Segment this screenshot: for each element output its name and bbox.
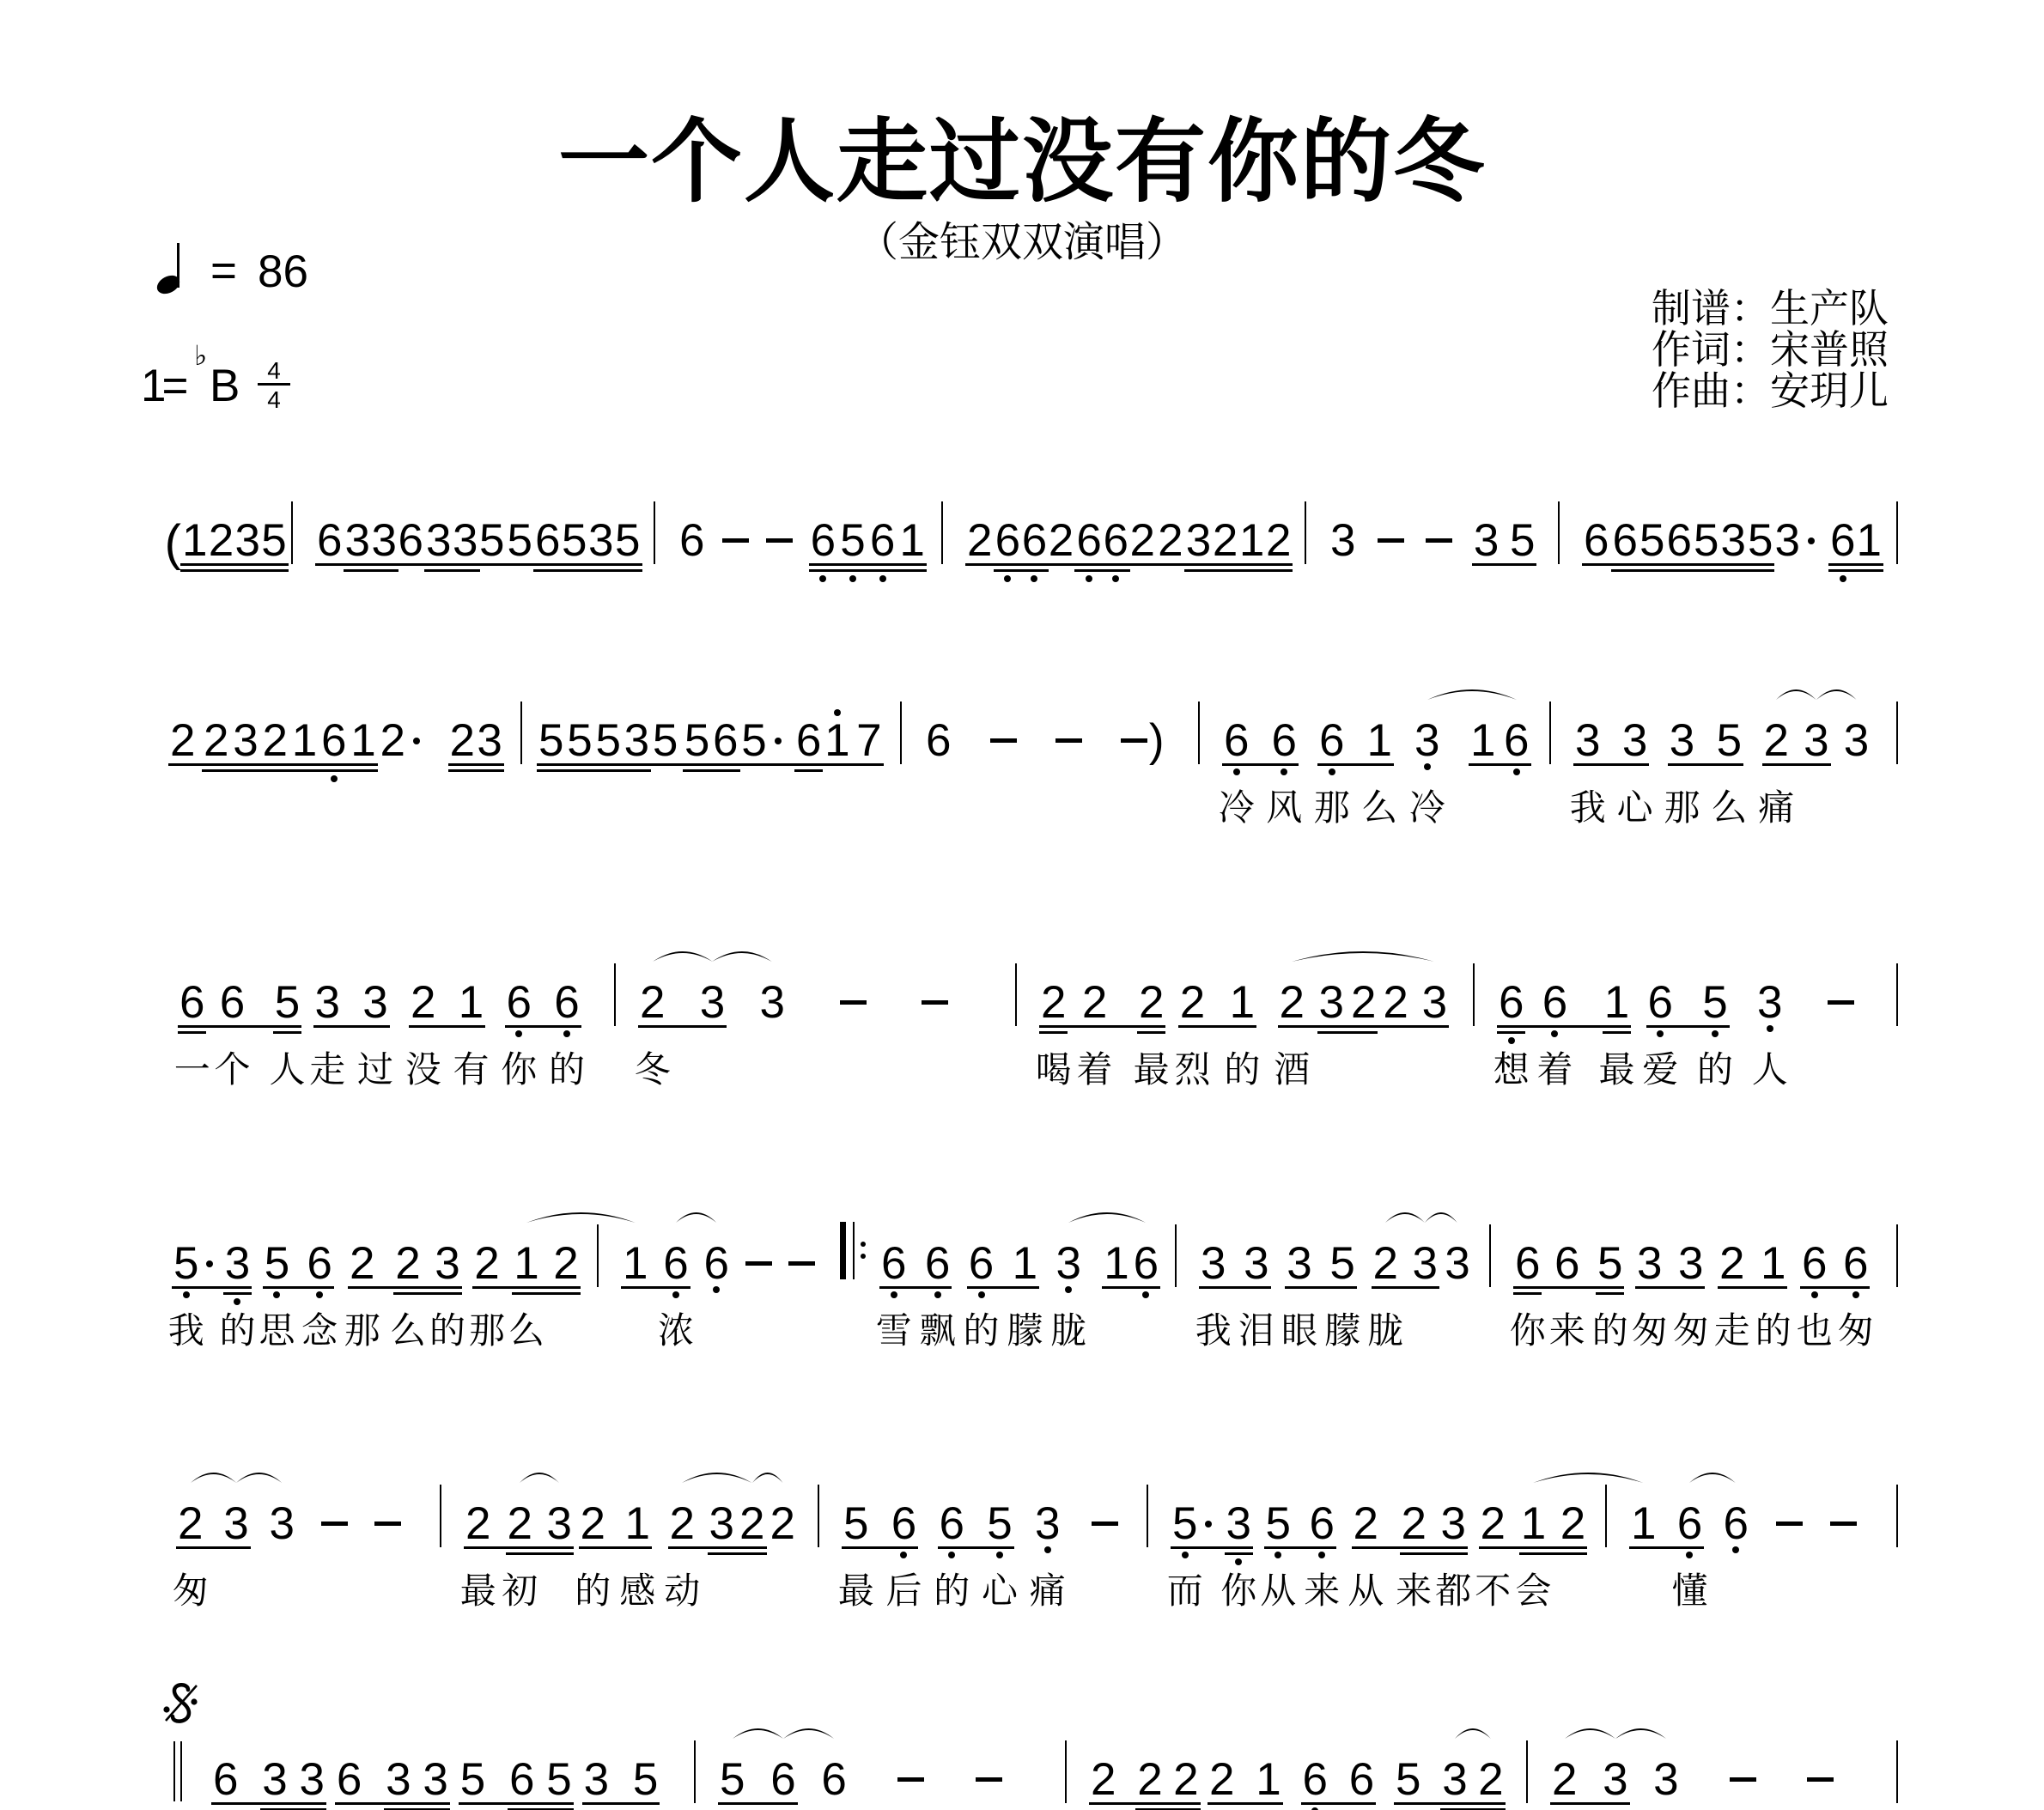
note-head: 1么	[514, 1238, 538, 1290]
note-head: 2没	[411, 977, 435, 1029]
lyric-syllable: 么	[390, 1312, 426, 1350]
dash-bar-icon	[1807, 1777, 1834, 1782]
note-head	[788, 1238, 815, 1290]
underline-beam	[661, 1286, 690, 1289]
note-head: 5	[653, 715, 678, 767]
underline-beam	[769, 1802, 797, 1805]
note-digit: 2来	[1402, 1498, 1427, 1550]
note-digit: 2	[1351, 977, 1376, 1029]
note: 5	[562, 515, 588, 567]
note: 3	[1319, 977, 1351, 1029]
beam-group: 5而3你	[1172, 1498, 1266, 1550]
note-digit: 3我	[1575, 715, 1600, 767]
note-digit: 2最	[1139, 977, 1164, 1029]
underline-beam	[1270, 763, 1299, 766]
underline-beam	[1676, 1546, 1704, 1549]
lyric-syllable: 心	[1617, 789, 1653, 827]
low-octave-dot	[996, 1552, 1003, 1558]
note: 5心	[987, 1498, 1035, 1550]
note-digit: 2	[967, 515, 992, 567]
note: 6个	[220, 977, 275, 1029]
note-digit: 2	[204, 715, 228, 767]
note-digit: 5	[538, 715, 563, 767]
note-head: 5	[538, 715, 563, 767]
underline-beam	[1692, 569, 1721, 572]
thick-barline	[840, 1222, 846, 1279]
underline-beam	[1254, 1802, 1282, 1805]
note: 2	[967, 515, 995, 567]
low-octave-dot	[934, 1291, 941, 1298]
beam-group	[1830, 1498, 1884, 1550]
note-head	[1828, 977, 1854, 1029]
note-head: 5人	[275, 977, 300, 1029]
lyric-syllable: 匆	[173, 1572, 209, 1610]
note-digit: 3那	[1670, 715, 1694, 767]
note-head: 6你	[1515, 1238, 1540, 1290]
low-octave-dot	[978, 1291, 985, 1298]
measure: 5最6后6的5心3痛	[819, 1498, 1148, 1550]
note: 6雪	[881, 1238, 925, 1290]
note: 2	[1478, 1754, 1514, 1806]
beam-group	[745, 1238, 788, 1290]
underline-beam	[1665, 569, 1694, 572]
note: 6念	[307, 1238, 350, 1290]
note-head: 2最	[1139, 977, 1164, 1029]
note-head: 3	[386, 1754, 411, 1806]
dash-bar-icon	[745, 1261, 772, 1266]
lyric-syllable: 么	[1711, 789, 1747, 827]
note-head: 1	[824, 715, 849, 767]
note-head: 1朦	[1013, 1238, 1037, 1290]
sustain-dash	[1830, 1498, 1884, 1550]
note: 5	[1694, 515, 1721, 567]
note-head: 2走	[1719, 1238, 1744, 1290]
low-octave-dot	[1086, 575, 1092, 582]
measure: 63363356535	[184, 1754, 696, 1806]
note-digit: 3	[1774, 515, 1799, 567]
note: 3	[1330, 515, 1378, 567]
slur-arc	[752, 1469, 782, 1486]
note: 5	[653, 715, 684, 767]
beam-group: 6想6着1最	[1499, 977, 1648, 1029]
lyric-syllable: 而	[1167, 1572, 1203, 1610]
note-digit: 3	[262, 1754, 287, 1806]
sustain-dash	[722, 515, 766, 567]
underline-beam	[298, 1802, 326, 1805]
note-head: 1	[1256, 1754, 1281, 1806]
note-digit: 6雪	[881, 1238, 906, 1290]
note-digit: 6的	[940, 1498, 964, 1550]
note-head	[321, 1498, 348, 1550]
note-digit: 2的	[581, 1498, 605, 1550]
note: 6	[1303, 1754, 1349, 1806]
note-head: 2不	[1481, 1498, 1506, 1550]
beam-group: 2走1的	[1719, 1238, 1802, 1290]
note: 2动	[670, 1498, 709, 1550]
underline-beam	[1039, 1031, 1068, 1034]
note: 2	[380, 715, 449, 767]
note-head: 6那	[1319, 715, 1344, 767]
note-digit: 3过	[362, 977, 387, 1029]
note-digit: 7	[856, 715, 881, 767]
low-octave-dot	[1513, 768, 1520, 775]
note-head: 2	[739, 1498, 764, 1550]
note-digit: 2	[1478, 1754, 1503, 1806]
note-head	[722, 515, 749, 567]
lyric-syllable: 没	[405, 1051, 441, 1089]
note: 2	[1049, 515, 1077, 567]
note-head: 3	[1442, 1754, 1467, 1806]
note-digit: 6	[321, 715, 346, 767]
note: 3	[1413, 1238, 1445, 1290]
note-head: 6	[926, 715, 951, 767]
beam-group: 6	[704, 1238, 746, 1290]
slur-arc	[236, 1469, 282, 1486]
note: 6	[1134, 1238, 1163, 1290]
barline	[1896, 501, 1898, 564]
beam-group	[766, 515, 810, 567]
underline-beam	[1855, 563, 1883, 566]
lyric-syllable: 的	[219, 1312, 255, 1350]
beam-group	[976, 1754, 1053, 1806]
note: 6	[770, 1754, 821, 1806]
note-head: 6风	[1272, 715, 1297, 767]
note: 3	[1844, 715, 1884, 767]
underline-beam	[1611, 569, 1640, 572]
note-head: 3	[1330, 515, 1355, 567]
note-head: 6	[1103, 515, 1128, 567]
lyric-syllable: 最	[460, 1572, 496, 1610]
note-head: 2	[1351, 977, 1376, 1029]
note: 2走	[1719, 1238, 1761, 1290]
measure: 6冷6风6那1么3冷16	[1200, 715, 1551, 767]
beam-group: 3胧	[1056, 1238, 1104, 1290]
note: 1有	[459, 977, 507, 1029]
note-head: )	[1121, 715, 1147, 767]
low-octave-dot	[1235, 1558, 1242, 1565]
note-head: 2	[1478, 1754, 1503, 1806]
beam-group: 6一6个5人	[179, 977, 315, 1029]
underline-beam	[1400, 1552, 1441, 1555]
note-digit: 2	[1560, 1498, 1585, 1550]
note-digit: 5	[1748, 515, 1773, 567]
measure: 3我3泪3眼5朦2胧33	[1177, 1238, 1491, 1290]
beam-group: 6的1朦	[969, 1238, 1056, 1290]
note-head: 5的	[1702, 977, 1727, 1029]
note-head: 3你	[1226, 1498, 1251, 1550]
low-octave-dot	[1182, 1552, 1189, 1558]
note-head: 5	[684, 715, 709, 767]
note-digit: 3匆	[1678, 1238, 1703, 1290]
note-head	[1807, 1754, 1834, 1806]
note-digit: 6爱	[1648, 977, 1673, 1029]
note: 2	[263, 715, 292, 767]
dash-bar-icon	[1055, 738, 1082, 743]
note-digit: 2	[1209, 1754, 1234, 1806]
sustain-dash	[840, 977, 922, 1029]
note: 6	[535, 515, 562, 567]
underline-beam	[305, 1286, 333, 1289]
note-digit: 5的	[1597, 1238, 1622, 1290]
note: 3	[233, 715, 262, 767]
note: 2来	[1402, 1498, 1441, 1550]
note: 2	[1552, 1754, 1603, 1806]
note-head: 3那	[1670, 715, 1694, 767]
note-digit: 1	[623, 1238, 648, 1290]
low-octave-dot	[563, 1030, 570, 1037]
beam-group: 2胧3	[1373, 1238, 1445, 1290]
note-digit: 6	[1303, 1754, 1328, 1806]
slur-arc	[526, 1209, 636, 1226]
note-digit: 6那	[1319, 715, 1344, 767]
underline-beam	[451, 569, 479, 572]
low-octave-dot	[713, 1286, 720, 1293]
beam-group: 2不1会2	[1481, 1498, 1594, 1550]
beam-group: 3痛	[1035, 1498, 1092, 1550]
underline-beam	[890, 1546, 918, 1549]
note: 2烈	[1180, 977, 1230, 1029]
underline-beam	[738, 1552, 766, 1555]
note-head: 2初	[508, 1498, 532, 1550]
note: 3	[262, 1754, 299, 1806]
note-digit: 2酒	[1280, 977, 1305, 1029]
underline-beam	[273, 1031, 301, 1034]
note: 5	[538, 715, 567, 767]
note-head: 1	[1470, 715, 1495, 767]
sustain-dash	[1092, 1498, 1135, 1550]
note-digit: 1	[1239, 515, 1264, 567]
note-head: 6	[1022, 515, 1047, 567]
beam-group: 3	[760, 977, 841, 1029]
underline-beam	[1802, 763, 1830, 766]
note-head: 3	[1186, 515, 1211, 567]
slur-arc	[1427, 686, 1517, 703]
note-digit: 6	[796, 715, 821, 767]
score-line: 1(23563363355653566561266266223212335665…	[163, 515, 1898, 567]
note: 1会	[1521, 1498, 1560, 1550]
underline-beam	[698, 1025, 727, 1028]
note-head: 3	[1804, 715, 1828, 767]
note-digit: 5	[741, 715, 766, 767]
underline-beam	[1101, 569, 1129, 572]
note: 3	[300, 1754, 337, 1806]
note-head: 3	[588, 515, 613, 567]
note-head: 5	[562, 515, 587, 567]
underline-beam	[631, 1802, 660, 1805]
underline-beam	[1347, 1802, 1376, 1805]
note-digit: 1么	[1367, 715, 1392, 767]
note: 6来	[1554, 1238, 1597, 1290]
note: 5	[261, 515, 288, 567]
note: 3匆	[1678, 1238, 1719, 1290]
note-head: 3	[584, 1754, 609, 1806]
measure: 2喝2着2最2烈1的2酒3223	[1017, 977, 1475, 1029]
underline-beam	[1211, 569, 1239, 572]
note-head: 6冷	[1224, 715, 1249, 767]
underline-beam	[1349, 1031, 1378, 1034]
note-digit: 2烈	[1180, 977, 1205, 1029]
note-head: 2	[450, 715, 475, 767]
note-digit: 5	[546, 1754, 571, 1806]
note-head: 2	[170, 715, 195, 767]
note: 3	[426, 515, 453, 567]
barline	[1896, 702, 1898, 764]
lyric-syllable: 都	[1435, 1572, 1471, 1610]
note-digit: 3痛	[1035, 1498, 1060, 1550]
note-digit: 2冬	[640, 977, 665, 1029]
underline-beam	[259, 563, 288, 566]
underline-beam	[1137, 1031, 1165, 1034]
note: 3	[760, 977, 841, 1029]
measure: 335	[1306, 515, 1560, 567]
note-head: 5思	[265, 1238, 289, 1290]
note-digit: 3匆	[1637, 1238, 1662, 1290]
note: 6	[1667, 515, 1694, 567]
dash-bar-icon	[1426, 538, 1452, 543]
note: 5的	[1597, 1238, 1637, 1290]
note-digit: 6你	[507, 977, 532, 1029]
low-octave-dot	[273, 1291, 280, 1298]
note-head: 5	[720, 1754, 745, 1806]
note: 2	[553, 1238, 585, 1290]
note-head: 3	[1422, 977, 1447, 1029]
measure: 633633556535	[293, 515, 655, 567]
underline-beam	[868, 569, 900, 572]
note-head: 3痛	[1035, 1498, 1060, 1550]
note-digit: 3	[270, 1498, 295, 1550]
note: 3我	[1201, 1238, 1244, 1290]
note-digit: 5朦	[1329, 1238, 1354, 1290]
note-digit: 5	[1510, 515, 1535, 567]
note: 2	[204, 715, 233, 767]
lyric-syllable: 风	[1266, 789, 1302, 827]
dash-bar-icon	[897, 1777, 924, 1782]
note-digit: 2	[1130, 515, 1155, 567]
note: 3	[1445, 1238, 1477, 1290]
underline-beam	[178, 1031, 206, 1034]
dash-bar-icon	[1092, 1521, 1118, 1526]
slur-arc	[783, 1725, 834, 1742]
note: 6	[1504, 715, 1537, 767]
note-digit: 3	[1721, 515, 1746, 567]
note-digit: 2	[1266, 515, 1291, 567]
note: 6	[1584, 515, 1613, 567]
low-octave-dot	[1112, 575, 1119, 582]
note-head: 6	[770, 1754, 795, 1806]
lyric-syllable: 朦	[1007, 1312, 1043, 1350]
note-head: 6也	[1802, 1238, 1827, 1290]
note-head: 5	[741, 715, 786, 767]
dash-bar-icon	[1830, 1521, 1857, 1526]
note-digit: 3	[584, 1754, 609, 1806]
note-head: 5么	[1717, 715, 1742, 767]
beam-group: 35	[584, 1754, 682, 1806]
note-head: 6	[321, 715, 346, 767]
beam-group: 55535565617	[538, 715, 888, 767]
underline-beam	[1074, 569, 1103, 572]
note-head: 6	[1134, 1238, 1159, 1290]
note: 6一	[179, 977, 220, 1029]
note-digit: 3	[1330, 515, 1355, 567]
note-head	[1830, 1498, 1857, 1550]
note-digit: 3	[235, 515, 260, 567]
note-digit: 5	[1639, 515, 1664, 567]
lyric-syllable: 的	[1224, 1051, 1260, 1089]
lyric-syllable: 的	[963, 1312, 999, 1350]
beam-group: 6656535	[1584, 515, 1774, 567]
note: 2的	[581, 1498, 625, 1550]
note-digit: 1会	[1521, 1498, 1546, 1550]
note: 6	[796, 715, 824, 767]
note-head: 1(	[182, 515, 207, 567]
note: 5而	[1172, 1498, 1226, 1550]
note: 6	[1724, 1498, 1777, 1550]
note-head: 6	[1613, 515, 1638, 567]
note-digit: 5	[615, 515, 640, 567]
underline-beam	[344, 569, 372, 572]
underline-beam	[349, 763, 377, 766]
note: 3	[709, 1498, 740, 1550]
note: 3心	[1622, 715, 1670, 767]
beam-group: 3匆3匆	[1637, 1238, 1719, 1290]
note-digit: 3	[1804, 715, 1828, 767]
beam-group: 5我3的	[173, 1238, 265, 1290]
note-digit: 2么	[395, 1238, 420, 1290]
note: 1	[1239, 515, 1266, 567]
beam-group: 3眼5朦	[1287, 1238, 1372, 1290]
underline-beam	[1559, 1546, 1587, 1549]
underline-beam	[370, 569, 398, 572]
note-digit: 1最	[1604, 977, 1629, 1029]
note-digit: 6	[337, 1754, 362, 1806]
note-digit: 6的	[969, 1238, 994, 1290]
note-digit: 6一	[179, 977, 204, 1029]
note-digit: 2那	[350, 1238, 374, 1290]
sustain-dash	[1776, 1498, 1830, 1550]
opening-parenthesis: (	[165, 518, 181, 569]
underline-beam	[506, 563, 534, 566]
underline-beam	[1746, 569, 1774, 572]
note-digit: 2	[1552, 1754, 1577, 1806]
note-digit: 3	[453, 515, 478, 567]
note: 3那	[1670, 715, 1717, 767]
note-head: 6爱	[1648, 977, 1673, 1029]
note-head: 1会	[1521, 1498, 1546, 1550]
note: 3的	[435, 1238, 474, 1290]
note-digit: 1	[182, 515, 207, 567]
score-line: 2匆332最2初32的1感2动3225最6后6的5心3痛5而3你5从6来2从2来…	[167, 1498, 1898, 1550]
lyric-syllable: 懂	[1671, 1572, 1707, 1610]
measure: 6你6来5的3匆3匆2走1的6也6匆	[1491, 1238, 1898, 1290]
barline	[1896, 963, 1898, 1026]
note-digit: 6	[1076, 515, 1101, 567]
note-head: 6	[1349, 1754, 1374, 1806]
note-head: 5	[546, 1754, 571, 1806]
beam-group	[922, 977, 1003, 1029]
note-digit: 6匆	[1843, 1238, 1868, 1290]
note-head: 1	[292, 715, 317, 767]
beam-group: 23	[450, 715, 508, 767]
note: 6	[995, 515, 1022, 567]
beam-group: 6雪6飘	[881, 1238, 969, 1290]
low-octave-dot	[1767, 1025, 1773, 1032]
double-barline	[173, 1741, 182, 1801]
note: 5我	[173, 1238, 225, 1290]
note-head: 3我	[1201, 1238, 1226, 1290]
note: 6冷	[1224, 715, 1272, 767]
note-head	[374, 1498, 401, 1550]
underline-beam	[1603, 1025, 1631, 1028]
